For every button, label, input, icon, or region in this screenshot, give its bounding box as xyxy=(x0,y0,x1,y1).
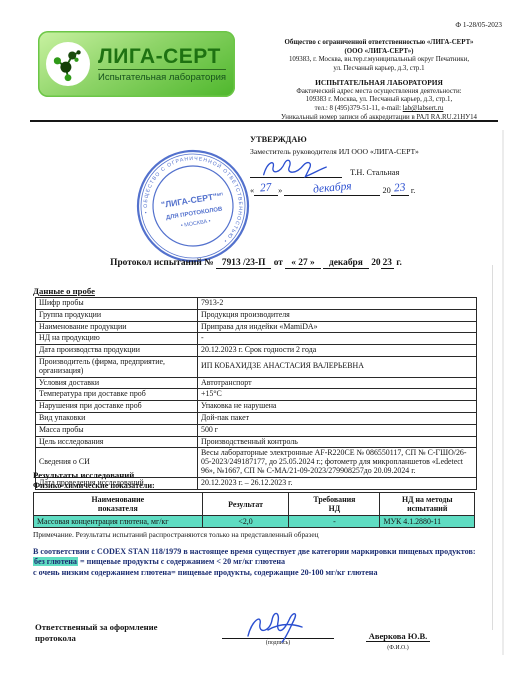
responsible-label: Ответственный за оформление протокола xyxy=(35,622,169,644)
row-value: 20.12.2023 г. Срок годности 2 года xyxy=(198,345,477,357)
col-header: НД на методыиспытаний xyxy=(380,493,475,516)
row-label: Цель исследования xyxy=(36,436,198,448)
row-value: 7913-2 xyxy=(198,298,477,310)
row-value: Производственный контроль xyxy=(198,436,477,448)
org-name-short: (ООО «ЛИГА-СЕРТ») xyxy=(252,48,506,57)
results-note: Примечание. Результаты испытаний распрос… xyxy=(33,530,493,539)
lab-address: 109383 г. Москва, ул. Песчаный карьер, д… xyxy=(252,96,506,105)
responsible-name-block: Аверкова Ю.В. (Ф.И.О.) xyxy=(350,626,446,651)
row-value: Упаковка не нарушена xyxy=(198,401,477,413)
indicator-name: Массовая концентрация глютена, мг/кг xyxy=(34,516,203,528)
row-label: Вид упаковки xyxy=(36,412,198,424)
form-code: Ф 1-28/05-2023 xyxy=(455,21,502,29)
row-value: Дой-пак пакет xyxy=(198,412,477,424)
row-value: Приправа для индейки «MamiDA» xyxy=(198,321,477,333)
header-divider xyxy=(30,120,498,122)
table-row: Цель исследованияПроизводственный контро… xyxy=(36,436,477,448)
col-header: ТребованияНД xyxy=(289,493,380,516)
scan-artifact xyxy=(502,130,504,655)
lab-logo: ЛИГА-СЕРТ Испытательная лаборатория xyxy=(38,31,235,97)
protocol-number: 7913 /23-П xyxy=(216,258,272,269)
table-row: Производитель (фирма, предприятие, орган… xyxy=(36,356,477,377)
codex-line1: В соответствии с CODEX STAN 118/1979 в н… xyxy=(33,547,497,557)
row-label: Масса пробы xyxy=(36,424,198,436)
lab-address-label: Фактический адрес места осуществления де… xyxy=(252,88,506,97)
org-header: Общество с ограниченной ответственностью… xyxy=(252,39,506,122)
row-label: Нарушения при доставке проб xyxy=(36,401,198,413)
molecule-icon xyxy=(46,42,90,86)
hand-year: 23 xyxy=(391,184,409,196)
approve-block: УТВЕРЖДАЮ Заместитель руководителя ИЛ ОО… xyxy=(250,135,506,196)
table-row: Температура при доставке проб+15°С xyxy=(36,389,477,401)
stamp-purpose: ДЛЯ ПРОТОКОЛОВ xyxy=(166,206,224,221)
fio-caption: (Ф.И.О.) xyxy=(350,645,446,651)
org-address-line2: ул. Песчаный карьер, д.3, стр.1 xyxy=(252,65,506,74)
row-value: 500 г xyxy=(198,424,477,436)
col-header: Результат xyxy=(202,493,289,516)
stamp-city: • МОСКВА • xyxy=(180,218,211,229)
row-label: Наименование продукции xyxy=(36,321,198,333)
row-value: Продукция производителя xyxy=(198,309,477,321)
round-stamp: • ОБЩЕСТВО С ОГРАНИЧЕННОЙ ОТВЕТСТВЕННОСТ… xyxy=(125,138,260,273)
responsible-signature: (подпись) xyxy=(222,618,334,646)
lab-contacts: тел.: 8 (495)379-51-11, e-mail: lab@labs… xyxy=(252,105,506,114)
logo-title: ЛИГА-СЕРТ xyxy=(98,45,226,68)
table-row: Дата производства продукции20.12.2023 г.… xyxy=(36,345,477,357)
table-row: Нарушения при доставке пробУпаковка не н… xyxy=(36,401,477,413)
row-value: ИП КОБАХИДЗЕ АНАСТАСИЯ ВАЛЕРЬЕВНА xyxy=(198,356,477,377)
table-row: Наименование продукцииПриправа для индей… xyxy=(36,321,477,333)
gluten-free-term: без глютена xyxy=(33,557,78,566)
codex-line2: без глютена = пищевые продукты с содержа… xyxy=(33,557,497,567)
results-table: Наименованиепоказателя Результат Требова… xyxy=(33,492,475,528)
hand-day: 27 xyxy=(254,184,278,196)
codex-line3: с очень низким содержанием глютена= пище… xyxy=(33,568,497,578)
row-label: Группа продукции xyxy=(36,309,198,321)
table-header-row: Наименованиепоказателя Результат Требова… xyxy=(34,493,475,516)
sample-section-title: Данные о пробе xyxy=(33,286,95,296)
approve-title: УТВЕРЖДАЮ xyxy=(250,135,506,145)
table-row: НД на продукцию- xyxy=(36,333,477,345)
results-section: Результаты исследований Физико-химически… xyxy=(33,470,493,539)
lab-title: ИСПЫТАТЕЛЬНАЯ ЛАБОРАТОРИЯ xyxy=(252,79,506,88)
org-name-full: Общество с ограниченной ответственностью… xyxy=(252,39,506,48)
table-row: Условия доставкиАвтотранспорт xyxy=(36,377,477,389)
protocol-year: 23 xyxy=(381,258,394,269)
result-value: <2,0 xyxy=(202,516,289,528)
email-link: lab@labsert.ru xyxy=(403,105,444,112)
hand-month: декабря xyxy=(284,184,380,196)
row-label: Температура при доставке проб xyxy=(36,389,198,401)
row-label: Дата производства продукции xyxy=(36,345,198,357)
table-row: Группа продукцииПродукция производителя xyxy=(36,309,477,321)
protocol-title: Протокол испытаний № 7913 /23-П от « 27 … xyxy=(0,258,512,268)
table-row: Шифр пробы7913-2 xyxy=(36,298,477,310)
col-header: Наименованиепоказателя xyxy=(34,493,203,516)
row-value: - xyxy=(198,333,477,345)
row-value: +15°С xyxy=(198,389,477,401)
row-value: Автотранспорт xyxy=(198,377,477,389)
approve-role: Заместитель руководителя ИЛ ООО «ЛИГА-СЕ… xyxy=(250,147,506,157)
signature-line xyxy=(222,618,334,639)
responsible-name: Аверкова Ю.В. xyxy=(366,631,431,642)
requirement-value: - xyxy=(289,516,380,528)
results-subtitle: Физико-химические показатели: xyxy=(33,481,493,490)
protocol-month: декабря xyxy=(323,258,369,269)
row-label: Шифр пробы xyxy=(36,298,198,310)
org-address-line1: 109383, г. Москва, вн.тер.г.муниципальны… xyxy=(252,56,506,65)
results-title: Результаты исследований xyxy=(33,470,493,480)
row-label: НД на продукцию xyxy=(36,333,198,345)
codex-paragraph: В соответствии с CODEX STAN 118/1979 в н… xyxy=(33,547,497,578)
result-row: Массовая концентрация глютена, мг/кг <2,… xyxy=(34,516,475,528)
approver-signature xyxy=(250,165,342,178)
signature-scribble xyxy=(240,610,310,644)
approver-name: Т.Н. Стальная xyxy=(350,168,399,177)
table-row: Вид упаковкиДой-пак пакет xyxy=(36,412,477,424)
row-label: Производитель (фирма, предприятие, орган… xyxy=(36,356,198,377)
table-row: Масса пробы500 г xyxy=(36,424,477,436)
document-page: Ф 1-28/05-2023 ЛИГА-СЕРТ Испытательная л… xyxy=(0,0,512,683)
sample-data-table: Шифр пробы7913-2 Группа продукцииПродукц… xyxy=(35,297,477,490)
approve-date: «27» декабря 2023 г. xyxy=(250,184,506,196)
method-value: МУК 4.1.2880-11 xyxy=(380,516,475,528)
row-label: Условия доставки xyxy=(36,377,198,389)
protocol-day: « 27 » xyxy=(285,258,320,269)
logo-subtitle: Испытательная лаборатория xyxy=(98,69,226,83)
